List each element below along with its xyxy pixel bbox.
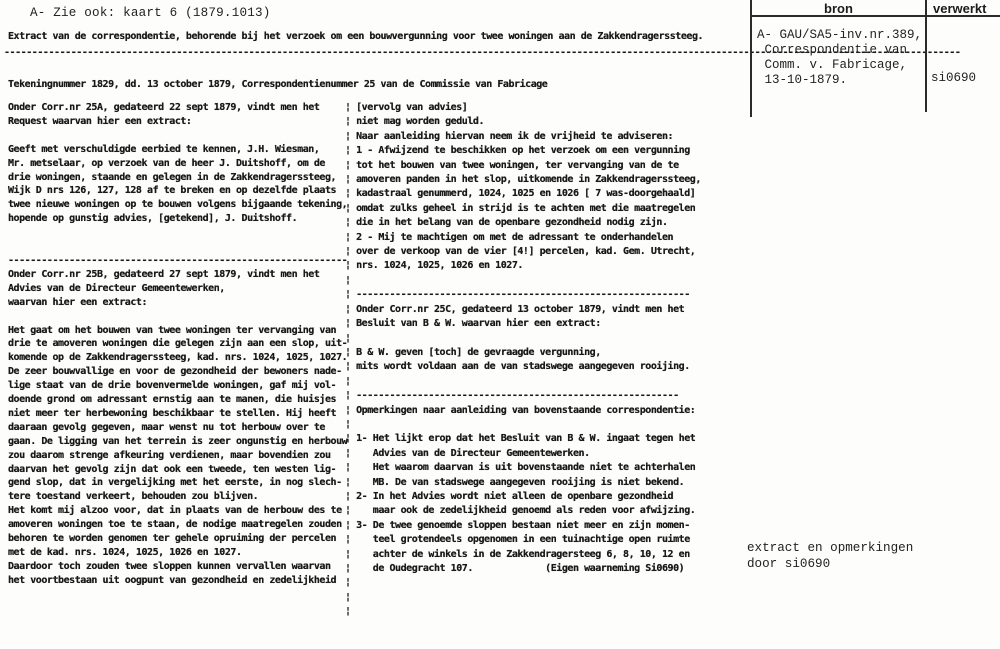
scanned-document-page: A- Zie ook: kaart 6 (1879.1013) Extract …	[0, 0, 1000, 649]
bron-column-header: bron	[752, 1, 925, 16]
correspondence-left-column: Onder Corr.nr 25A, gedateerd 22 sept 187…	[8, 101, 347, 588]
verwerkt-cell: si0690	[931, 71, 976, 86]
bron-cell: A- GAU/SA5-inv.nr.389, Correspondentie v…	[757, 28, 922, 88]
author-note: extract en opmerkingen door si0690	[747, 541, 913, 572]
document-reference: Tekeningnummer 1829, dd. 13 october 1879…	[8, 79, 547, 90]
correspondence-right-column: ¦ [vervolg van advies] ¦ niet mag worden…	[345, 101, 701, 620]
verwerkt-column-header: verwerkt	[933, 1, 986, 16]
document-title: Extract van de correspondentie, behorend…	[8, 31, 703, 42]
see-also-note: A- Zie ook: kaart 6 (1879.1013)	[30, 6, 270, 20]
table-left-border	[750, 0, 752, 117]
